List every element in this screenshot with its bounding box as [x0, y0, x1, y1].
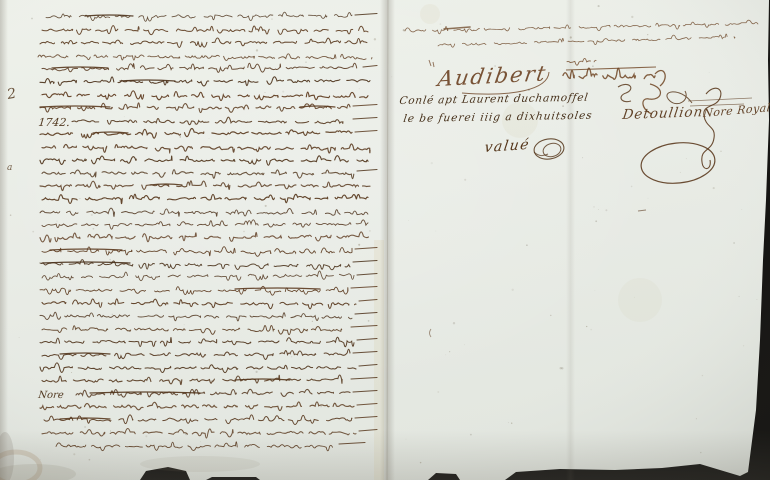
- dust-speck: [437, 391, 439, 393]
- dust-speck: [631, 16, 633, 18]
- dust-speck: [700, 452, 701, 453]
- dust-speck: [595, 290, 596, 291]
- dust-speck: [184, 324, 185, 325]
- dust-speck: [265, 205, 267, 207]
- scanned-manuscript: 2 a 1742. Nore Audibert Conlé apt Lauren…: [0, 0, 770, 480]
- dust-speck: [19, 337, 20, 338]
- right-page-crease: [566, 0, 575, 480]
- dust-speck: [647, 34, 648, 35]
- dust-speck: [743, 345, 744, 346]
- manuscript-scan: 2 a 1742. Nore Audibert Conlé apt Lauren…: [0, 0, 770, 480]
- fold-discoloration: [374, 240, 384, 480]
- dust-speck: [511, 423, 512, 424]
- dust-speck: [713, 187, 715, 189]
- dust-speck: [243, 231, 244, 232]
- dust-speck: [31, 18, 33, 20]
- dust-speck: [10, 214, 12, 216]
- dust-speck: [112, 314, 113, 315]
- dust-speck: [91, 214, 93, 216]
- dust-speck: [109, 259, 110, 260]
- dust-speck: [406, 439, 407, 440]
- dust-speck: [369, 230, 371, 232]
- dust-speck: [598, 209, 599, 210]
- dust-speck: [71, 372, 72, 373]
- foxing-spot: [420, 4, 440, 24]
- dust-speck: [440, 23, 442, 25]
- dust-speck: [200, 441, 201, 442]
- dust-speck: [209, 138, 210, 139]
- dust-speck: [40, 95, 41, 96]
- year-1742: 1742.: [38, 116, 71, 129]
- dust-speck: [634, 297, 635, 298]
- dust-speck: [84, 426, 86, 428]
- dust-speck: [145, 435, 147, 437]
- dust-speck: [228, 375, 229, 376]
- dust-speck: [561, 367, 563, 369]
- dust-speck: [570, 36, 572, 38]
- dust-speck: [256, 49, 258, 51]
- dust-speck: [709, 72, 710, 73]
- dust-speck: [110, 430, 111, 431]
- dust-speck: [449, 351, 450, 352]
- dust-speck: [550, 315, 551, 316]
- dust-speck: [702, 375, 703, 376]
- dust-speck: [368, 320, 370, 322]
- dust-speck: [179, 136, 181, 138]
- signature-detoullion-text: Detoullion: [620, 104, 704, 123]
- dust-speck: [445, 354, 446, 355]
- dust-speck: [470, 434, 472, 436]
- dust-speck: [271, 19, 272, 20]
- dust-speck: [741, 209, 742, 210]
- dust-speck: [73, 453, 75, 455]
- dust-speck: [453, 322, 455, 324]
- dust-speck: [590, 329, 592, 331]
- dust-speck: [256, 371, 258, 373]
- dust-speck: [605, 209, 607, 211]
- dust-speck: [696, 418, 697, 419]
- dust-speck: [508, 422, 509, 423]
- dust-speck: [686, 158, 687, 159]
- dust-speck: [374, 38, 376, 40]
- dust-speck: [431, 162, 433, 164]
- dust-speck: [512, 289, 514, 291]
- dust-speck: [408, 220, 409, 221]
- dust-speck: [40, 459, 41, 460]
- dust-speck: [625, 28, 626, 29]
- dust-speck: [598, 5, 600, 7]
- dust-speck: [631, 186, 633, 188]
- dust-speck: [592, 65, 594, 67]
- dust-speck: [464, 179, 466, 181]
- dust-speck: [124, 116, 125, 117]
- dust-speck: [562, 105, 564, 107]
- controle-line-3-value: valué: [483, 137, 531, 156]
- dust-speck: [312, 321, 313, 322]
- dust-speck: [264, 92, 265, 93]
- dust-speck: [79, 198, 80, 199]
- dust-speck: [720, 151, 721, 152]
- margin-mark-a: a: [7, 163, 12, 173]
- dust-speck: [359, 88, 360, 89]
- left-edge-shadow: [0, 0, 8, 480]
- dust-speck: [582, 157, 583, 158]
- dust-speck: [291, 356, 293, 358]
- dust-speck: [435, 231, 436, 232]
- dust-speck: [733, 242, 735, 244]
- dust-speck: [282, 91, 284, 93]
- dust-speck: [586, 326, 587, 327]
- bottom-smudge: [140, 456, 260, 472]
- dust-speck: [680, 172, 681, 173]
- dust-speck: [464, 344, 465, 345]
- dust-speck: [648, 198, 649, 199]
- dust-speck: [5, 91, 6, 92]
- dust-speck: [595, 220, 597, 222]
- dust-speck: [593, 206, 595, 208]
- dust-speck: [391, 77, 392, 78]
- dust-speck: [403, 29, 405, 31]
- nore-abbreviation: Nore: [37, 390, 65, 401]
- dust-speck: [420, 462, 421, 463]
- dust-speck: [320, 406, 322, 408]
- dust-speck: [756, 299, 757, 300]
- foxing-spot: [618, 278, 662, 322]
- dust-speck: [57, 221, 58, 222]
- dust-speck: [526, 244, 528, 246]
- dust-speck: [32, 231, 34, 233]
- dust-speck: [358, 244, 360, 246]
- dust-speck: [89, 459, 91, 461]
- dust-speck: [739, 296, 740, 297]
- dust-speck: [305, 62, 306, 63]
- dust-speck: [93, 228, 95, 230]
